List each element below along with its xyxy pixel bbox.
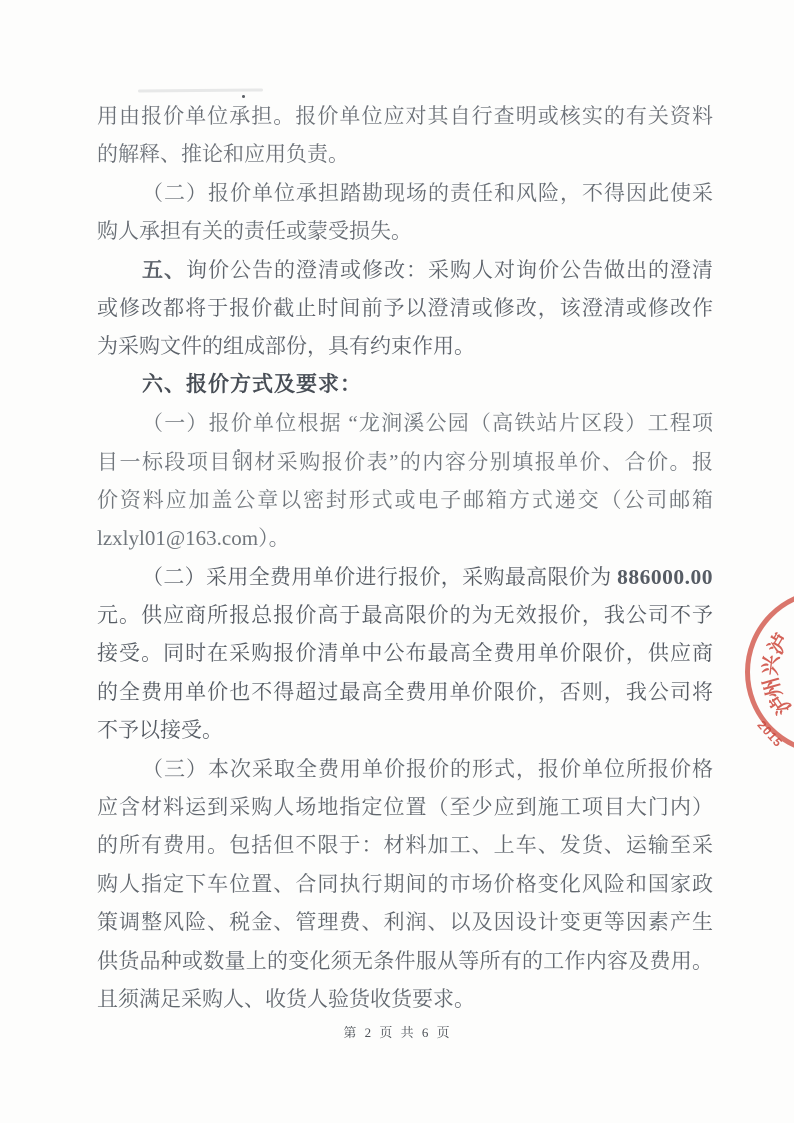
stamp-arc-character: 州 <box>755 675 788 702</box>
stamp-arc-character: 兴 <box>754 654 785 677</box>
text-line: 的所有费用。包括但不限于：材料加工、上车、发货、运输至采 <box>97 826 713 864</box>
text-run: 用由报价单位承担。报价单位应对其自行查明或核实的有关资料 <box>97 104 713 128</box>
text-line: 价资料应加盖公章以密封形式或电子邮箱方式递交（公司邮箱 <box>97 481 713 519</box>
page-number: 第 2 页 共 6 页 <box>0 1022 794 1041</box>
text-line: 五、询价公告的澄清或修改：采购人对询价公告做出的澄清 <box>97 251 713 289</box>
text-run: （一）报价单位根据 “龙涧溪公园（高铁站片区段）工程项 <box>142 411 713 435</box>
text-run: 的所有费用。包括但不限于：材料加工、上车、发货、运输至采 <box>97 833 713 857</box>
text-run: 购人承担有关的责任或蒙受损失。 <box>97 219 412 243</box>
stamp-arc-character: 泸 <box>759 627 794 659</box>
text-line: 购人指定下车位置、合同执行期间的市场价格变化风险和国家政 <box>97 865 713 903</box>
stamp-arc-character: 泸 <box>761 689 794 722</box>
text-run: 策调整风险、税金、管理费、利润、以及因设计变更等因素产生 <box>97 910 713 934</box>
text-run: （二）采用全费用单价进行报价，采购最高限价为 <box>142 565 617 589</box>
text-line: 元。供应商所报总报价高于最高限价的为无效报价，我公司不予 <box>97 596 713 634</box>
text-line: 不予以接受。 <box>97 711 713 749</box>
text-run: 的全费用单价也不得超过最高全费用单价限价，否则，我公司将 <box>97 680 713 704</box>
text-run: 且须满足采购人、收货人验货收货要求。 <box>97 987 475 1011</box>
text-run: 询价公告的澄清或修改：采购人对询价公告做出的澄清 <box>186 258 713 282</box>
text-line: （三）本次采取全费用单价报价的形式，报价单位所报价格 <box>97 750 713 788</box>
text-line: 的全费用单价也不得超过最高全费用单价限价，否则，我公司将 <box>97 673 713 711</box>
text-line: （二）采用全费用单价进行报价，采购最高限价为 886000.00 <box>97 558 713 596</box>
text-line: 且须满足采购人、收货人验货收货要求。 <box>97 980 713 1018</box>
text-run: 元。供应商所报总报价高于最高限价的为无效报价，我公司不予 <box>97 603 713 627</box>
document-body: 用由报价单位承担。报价单位应对其自行查明或核实的有关资料的解释、推论和应用负责。… <box>97 97 713 1018</box>
text-line: 用由报价单位承担。报价单位应对其自行查明或核实的有关资料 <box>97 97 713 135</box>
text-line: 供货品种或数量上的变化须无条件服从等所有的工作内容及费用。 <box>97 942 713 980</box>
text-line: 购人承担有关的责任或蒙受损失。 <box>97 212 713 250</box>
stamp-serial: 2015 <box>755 718 786 750</box>
text-line: 策调整风险、税金、管理费、利润、以及因设计变更等因素产生 <box>97 903 713 941</box>
text-run: 目一标段项目钢材采购报价表”的内容分别填报单价、合价。报 <box>97 450 713 474</box>
section-heading-line: 六、报价方式及要求： <box>97 366 713 404</box>
text-line: （二）报价单位承担踏勘现场的责任和风险，不得因此使采 <box>97 174 713 212</box>
stamp-ring <box>745 589 794 755</box>
text-run: 六、报价方式及要求： <box>142 373 362 396</box>
text-run: 购人指定下车位置、合同执行期间的市场价格变化风险和国家政 <box>97 872 713 896</box>
text-line: lzxlyl01@163.com）。 <box>97 519 713 557</box>
text-run: 或修改都将于报价截止时间前予以澄清或修改，该澄清或修改作 <box>97 296 713 320</box>
text-line: 为采购文件的组成部份，具有约束作用。 <box>97 327 713 365</box>
text-run: 的解释、推论和应用负责。 <box>97 142 349 166</box>
text-run: lzxlyl01@163.com）。 <box>97 526 290 550</box>
text-run: 不予以接受。 <box>97 718 223 742</box>
text-run: 应含材料运到采购人场地指定位置（至少应到施工项目大门内） <box>97 795 713 819</box>
text-line: 或修改都将于报价截止时间前予以澄清或修改，该澄清或修改作 <box>97 289 713 327</box>
scan-smudge <box>138 88 263 92</box>
text-line: （一）报价单位根据 “龙涧溪公园（高铁站片区段）工程项 <box>97 404 713 442</box>
text-run: 为采购文件的组成部份，具有约束作用。 <box>97 334 475 358</box>
text-run: 五、 <box>142 258 186 282</box>
text-line: 的解释、推论和应用负责。 <box>97 135 713 173</box>
text-run: 价资料应加盖公章以密封形式或电子邮箱方式递交（公司邮箱 <box>97 488 713 512</box>
text-line: 接受。同时在采购报价清单中公布最高全费用单价限价，供应商 <box>97 634 713 672</box>
text-run: 供货品种或数量上的变化须无条件服从等所有的工作内容及费用。 <box>97 949 713 973</box>
text-run: （三）本次采取全费用单价报价的形式，报价单位所报价格 <box>142 757 713 781</box>
text-line: 目一标段项目钢材采购报价表”的内容分别填报单价、合价。报 <box>97 443 713 481</box>
text-run: （二）报价单位承担踏勘现场的责任和风险，不得因此使采 <box>142 181 713 205</box>
scanned-document-page: 用由报价单位承担。报价单位应对其自行查明或核实的有关资料的解释、推论和应用负责。… <box>0 0 794 1123</box>
text-run: 接受。同时在采购报价清单中公布最高全费用单价限价，供应商 <box>97 641 713 665</box>
text-line: 应含材料运到采购人场地指定位置（至少应到施工项目大门内） <box>97 788 713 826</box>
max-price-value: 886000.00 <box>617 565 713 589</box>
